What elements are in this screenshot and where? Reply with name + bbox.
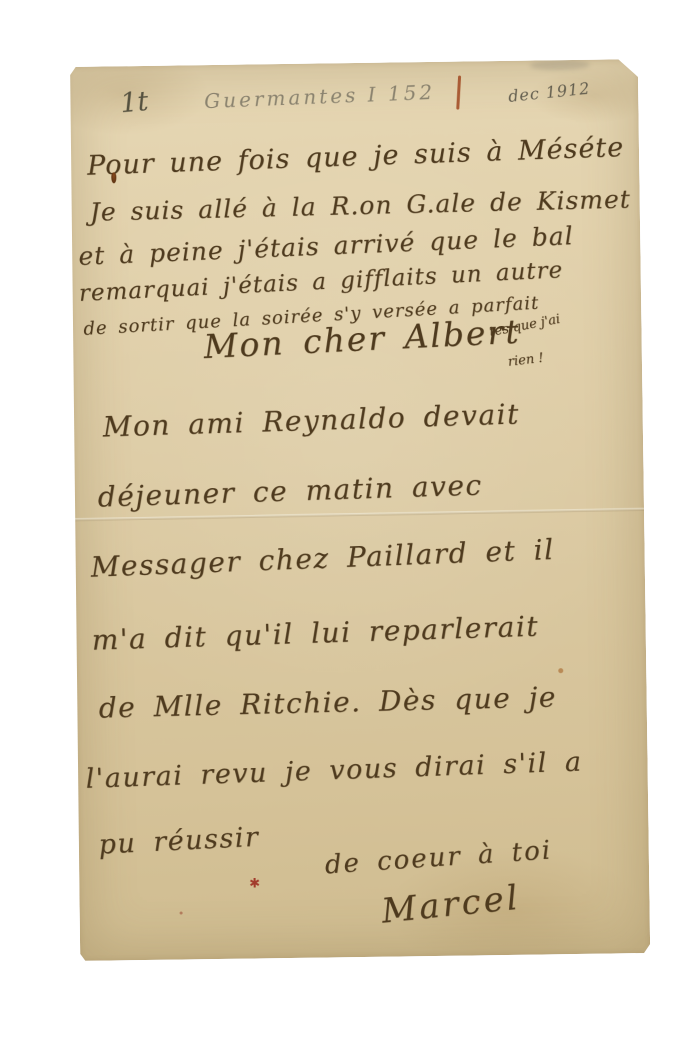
letter-line: Je suis allé à la R.on G.ale de Kismet: [89, 185, 631, 227]
graphite-smudge: [530, 60, 590, 71]
letter-line: déjeuner ce matin avec: [97, 469, 483, 514]
letter-sheet: 1t Guermantes I 152 dec 1912 Pour une fo…: [68, 59, 650, 961]
letter-photograph: 1t Guermantes I 152 dec 1912 Pour une fo…: [0, 0, 700, 1045]
letter-line: Messager chez Paillard et il: [90, 533, 555, 584]
red-ink-tick-mark: [456, 76, 461, 110]
signature: Marcel: [380, 878, 523, 932]
letter-line: Mon ami Reynaldo devait: [102, 397, 520, 443]
ink-blot: [111, 172, 116, 183]
foxing-spot: [558, 668, 563, 673]
foxing-spot: [475, 897, 479, 901]
letter-line: l'aurai revu je vous dirai s'il a: [85, 747, 583, 795]
red-asterisk-mark: ✱: [249, 876, 260, 891]
pencil-date-note: dec 1912: [507, 79, 591, 106]
pencil-guermantes-note: Guermantes I 152: [204, 80, 436, 113]
closing-formula: de coeur à toi: [324, 835, 553, 880]
letter-line: m'a dit qu'il lui reparlerait: [91, 610, 539, 657]
foxing-spot: [180, 912, 183, 915]
salutation-insert: rien !: [507, 351, 544, 370]
letter-line: Pour une fois que je suis à Méséte !: [87, 131, 652, 182]
pencil-numbering-note: 1t: [119, 86, 150, 119]
letter-line: pu réussir: [98, 822, 260, 861]
letter-line: de Mlle Ritchie. Dès que je: [98, 680, 557, 724]
